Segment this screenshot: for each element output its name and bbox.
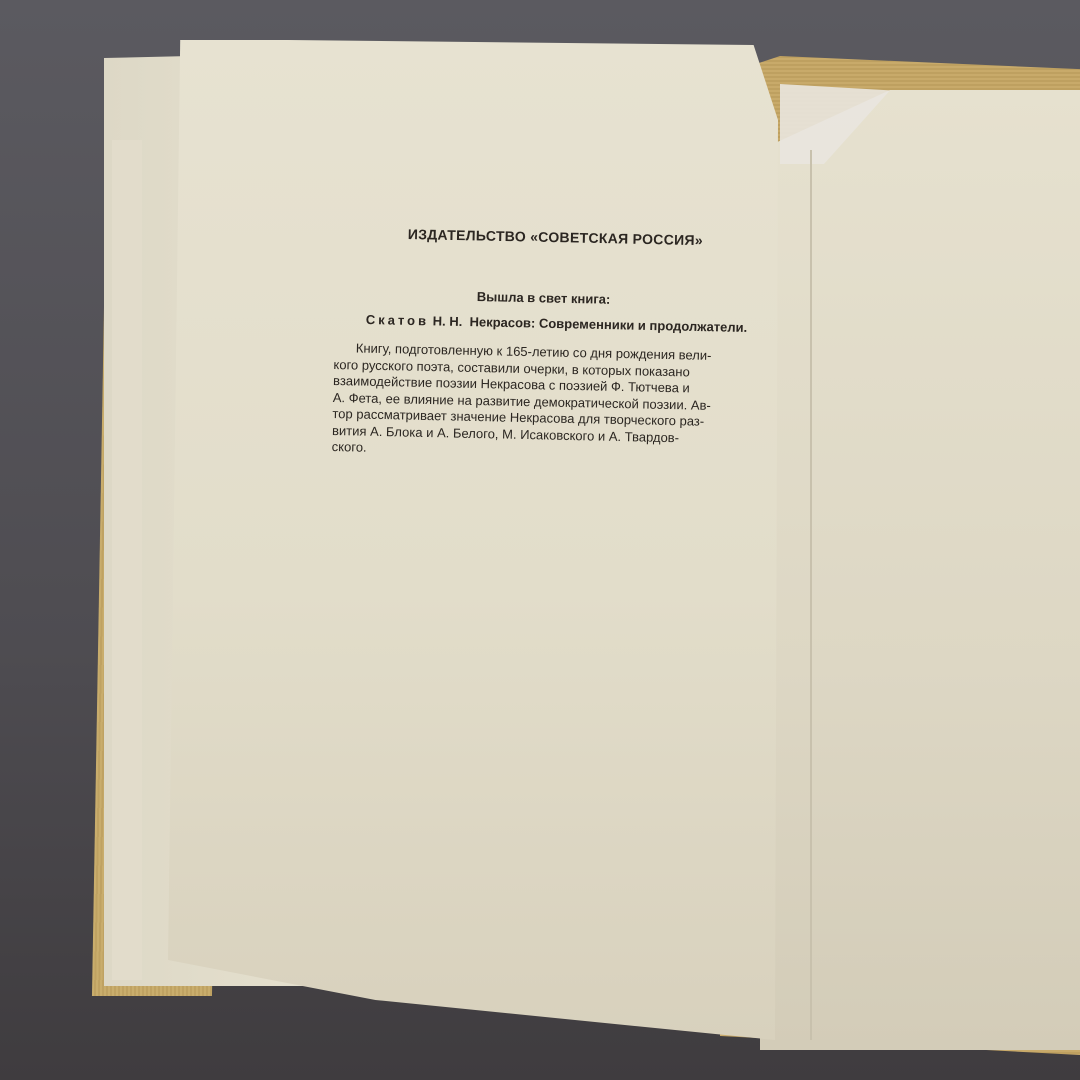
announcement-insert-page [168, 40, 778, 1040]
book-initials: Н. Н. [433, 313, 463, 329]
book-author: Скатов [366, 312, 430, 328]
book-description: Книгу, подготовленную к 165-летию со дня… [332, 340, 760, 464]
page-gutter [810, 150, 812, 1040]
announcement-heading: Вышла в свет книга: [477, 289, 611, 307]
right-page [760, 90, 1080, 1050]
page-edge-strip [112, 140, 142, 980]
